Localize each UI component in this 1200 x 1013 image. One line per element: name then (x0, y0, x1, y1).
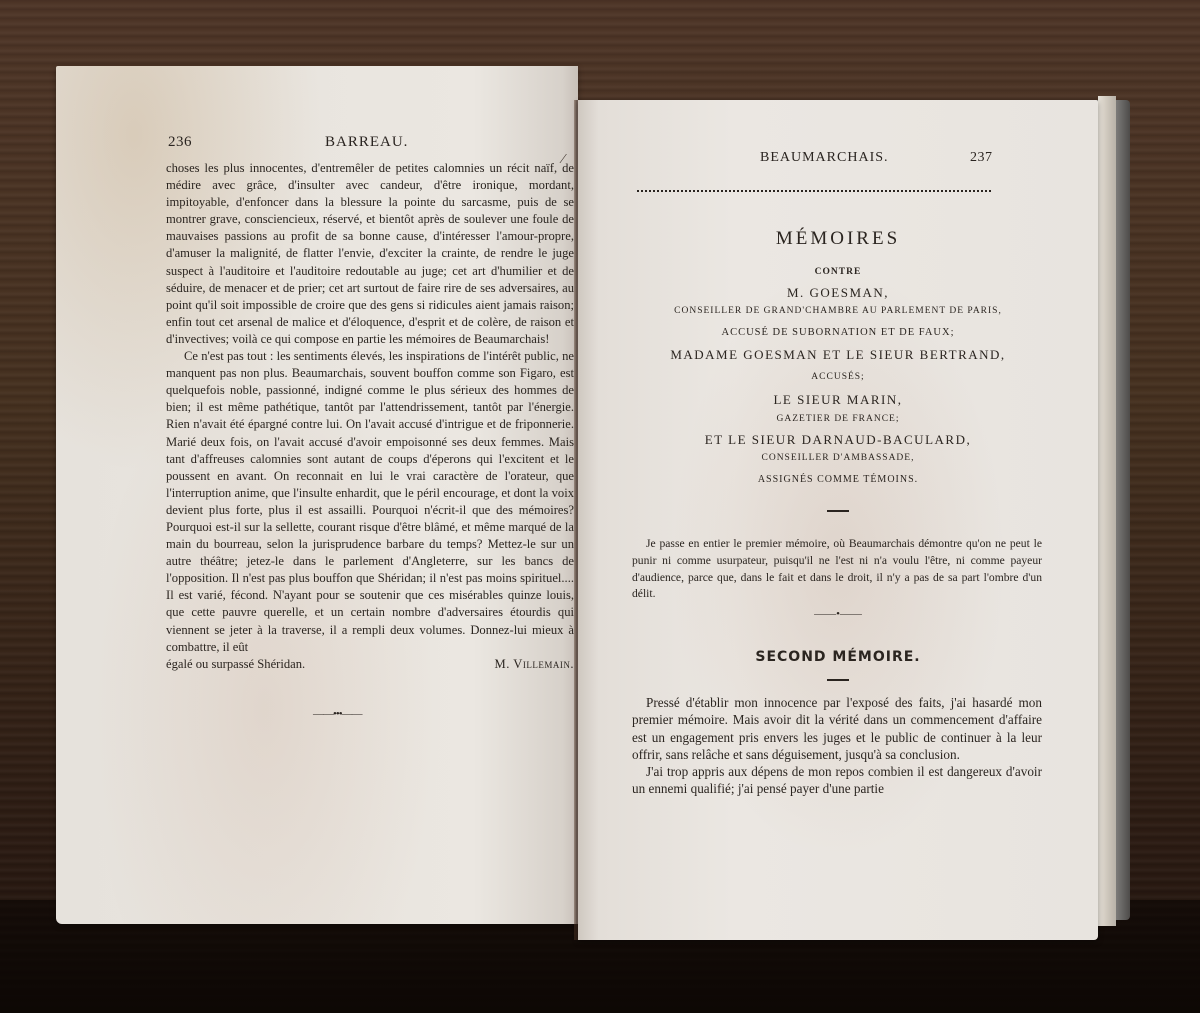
contre-label: CONTRE (607, 267, 1069, 277)
party4-role: CONSEILLER D'AMBASSADE, (607, 453, 1069, 463)
left-page-number: 236 (168, 134, 192, 151)
memoires-title: MÉMOIRES (607, 228, 1069, 250)
left-paragraph-2: Ce n'est pas tout : les sentiments élevé… (166, 348, 574, 656)
body-paragraph-1: Pressé d'établir mon innocence par l'exp… (632, 694, 1042, 763)
left-paragraph-1: choses les plus innocentes, d'entremêler… (166, 160, 574, 348)
attribution-line: égalé ou surpassé Shéridan. M. Villemain… (166, 656, 574, 673)
author-signature: M. Villemain. (495, 656, 575, 673)
left-page-body: choses les plus innocentes, d'entremêler… (166, 160, 574, 673)
left-ornament: ——•••—— (313, 708, 362, 720)
binding-mark-left: ⁄ (562, 152, 564, 168)
last-line: égalé ou surpassé Shéridan. (166, 656, 305, 673)
party4-name: ET LE SIEUR DARNAUD-BACULARD, (607, 432, 1069, 448)
summary-paragraph: Je passe en entier le premier mémoire, o… (632, 536, 1042, 603)
rule-2 (607, 679, 1069, 681)
section-title: SECOND MÉMOIRE. (607, 649, 1069, 665)
second-memoire-body: Pressé d'établir mon innocence par l'exp… (632, 694, 1042, 798)
party2-name: MADAME GOESMAN ET LE SIEUR BERTRAND, (607, 347, 1069, 363)
party1-charge: ACCUSÉ DE SUBORNATION ET DE FAUX; (607, 327, 1069, 338)
page-block-edge (1098, 96, 1116, 926)
right-page-number: 237 (970, 150, 993, 166)
party2-charge: ACCUSÉS; (607, 372, 1069, 382)
party3-name: LE SIEUR MARIN, (607, 392, 1069, 408)
right-running-head: BEAUMARCHAIS. (760, 150, 889, 166)
party1-role: CONSEILLER DE GRAND'CHAMBRE AU PARLEMENT… (607, 306, 1069, 316)
summary-text: Je passe en entier le premier mémoire, o… (632, 536, 1042, 603)
right-ornament: ——•—— (607, 608, 1069, 620)
witnesses-line: ASSIGNÉS COMME TÉMOINS. (607, 474, 1069, 485)
party1-name: M. GOESMAN, (607, 285, 1069, 301)
title-block: MÉMOIRES (607, 228, 1069, 250)
right-page (578, 100, 1098, 940)
party3-role: GAZETIER DE FRANCE; (607, 414, 1069, 424)
header-dotted-rule (637, 190, 991, 192)
body-paragraph-2: J'ai trop appris aux dépens de mon repos… (632, 763, 1042, 798)
rule-1 (607, 510, 1069, 512)
left-running-head: BARREAU. (325, 134, 408, 151)
